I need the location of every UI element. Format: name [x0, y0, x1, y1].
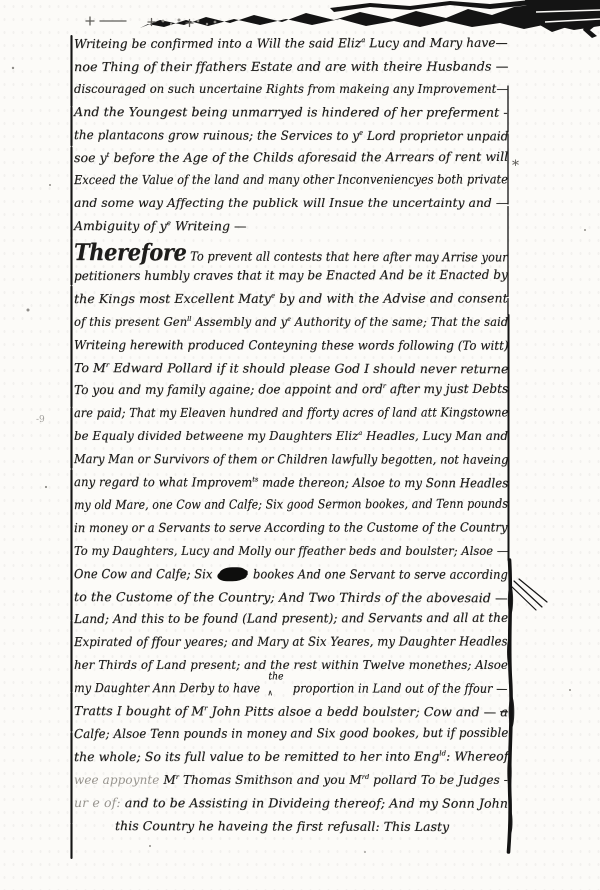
manuscript-line: the Kings most Excellent Matye by and wi… — [74, 290, 508, 306]
manuscript-line: the whole; So its full value to be remit… — [74, 748, 508, 764]
line-text: Mary Man or Survivors of them or Childre… — [74, 451, 508, 467]
line-text: the plantacons grow ruinous; the Service… — [74, 127, 508, 143]
line-text: be Equaly divided betweene my Daughters … — [74, 428, 508, 443]
line-text: One Cow and Calfe; Six — [74, 566, 212, 581]
line-text: Mr Thomas Smithson and you Mrd pollard T… — [163, 772, 507, 787]
manuscript-line: my Daughter Ann Derby to have the∧ propo… — [74, 680, 507, 696]
line-text: Writeing be confirmed into a Will the sa… — [74, 35, 508, 51]
line-text: my old Mare, one Cow and Calfe; Six good… — [74, 496, 508, 512]
line-text: noe Thing of their ffathers Estate and a… — [74, 58, 508, 74]
line-text: Calfe; Alsoe Tenn pounds in money and Si… — [74, 725, 508, 741]
manuscript-line: are paid; That my Eleaven hundred and ff… — [74, 405, 508, 421]
manuscript-line: One Cow and Calfe; Six bookes And one Se… — [74, 566, 508, 582]
manuscript-line: noe Thing of their ffathers Estate and a… — [74, 58, 508, 74]
manuscript-line: ur e of: and to be Assisting in Dividein… — [74, 795, 508, 811]
manuscript-line: any regard to what Improvemts made there… — [74, 474, 508, 490]
line-text: to the Custome of the Country; And Two T… — [74, 589, 508, 605]
manuscript-line: To Mr Edward Pollard if it should please… — [74, 360, 509, 376]
manuscript-line: To my Daughters, Lucy and Molly our ffea… — [74, 543, 508, 558]
manuscript-line: in money or a Servants to serve Accordin… — [74, 519, 507, 535]
line-text: wee appoynte — [74, 772, 160, 787]
line-text: my Daughter Ann Derby to have — [74, 680, 260, 695]
manuscript-line: this Country he haveing the first refusa… — [115, 818, 449, 834]
ink-blot-icon — [219, 567, 247, 580]
line-text: the whole; So its full value to be remit… — [74, 748, 508, 764]
manuscript-line: Land; And this to be found (Land present… — [74, 610, 508, 626]
line-text: Expirated of ffour yeares; and Mary at S… — [74, 634, 508, 650]
manuscript-line: Therefore To prevent all contests that h… — [74, 245, 508, 264]
line-text: discouraged on such uncertaine Rights fr… — [74, 81, 508, 96]
line-text: this Country he haveing the first refusa… — [115, 818, 449, 834]
line-text: are paid; That my Eleaven hundred and ff… — [74, 405, 508, 421]
right-margin-asterisk: * — [512, 158, 519, 174]
line-text: in money or a Servants to serve Accordin… — [74, 519, 507, 535]
manuscript-line: her Thirds of Land present; and the rest… — [74, 657, 508, 672]
left-margin-mark: -9 — [36, 415, 45, 425]
manuscript-line: to the Custome of the Country; And Two T… — [74, 589, 508, 605]
line-text: her Thirds of Land present; and the rest… — [74, 657, 508, 672]
manuscript-line: Exceed the Value of the land and many ot… — [74, 172, 508, 188]
line-text: bookes And one Servant to serve accordin… — [253, 566, 508, 581]
line-text: and to be Assisting in Divideing thereof… — [125, 795, 508, 811]
inserted-word: the — [268, 669, 283, 684]
manuscript-line: Expirated of ffour yeares; and Mary at S… — [74, 634, 508, 650]
line-text: Ambiguity of ye Writeing — — [74, 218, 247, 233]
manuscript-line: Writeing be confirmed into a Will the sa… — [74, 35, 508, 51]
line-text: Writeing herewith produced Conteyning th… — [74, 337, 509, 353]
line-text: a — [500, 704, 508, 719]
manuscript-line: the plantacons grow ruinous; the Service… — [74, 127, 508, 143]
manuscript-line: And the Youngest being unmarryed is hind… — [74, 104, 508, 120]
line-text: any regard to what Improvemts made there… — [74, 474, 508, 490]
manuscript-line: Calfe; Alsoe Tenn pounds in money and Si… — [74, 725, 508, 741]
line-text: ur e of: — [74, 795, 121, 810]
caret-insertion: the∧ — [264, 682, 289, 692]
torn-edge-decoration — [140, 0, 600, 38]
line-text: soe yt before the Age of the Childs afor… — [74, 148, 508, 164]
line-text: the Kings most Excellent Matye by and wi… — [74, 290, 508, 306]
line-text: Tratts I bought of Mr John Pitts alsoe a… — [74, 703, 496, 719]
caret-icon: ∧ — [267, 685, 272, 700]
line-text: Land; And this to be found (Land present… — [74, 610, 508, 626]
line-text: To Mr Edward Pollard if it should please… — [74, 360, 509, 376]
manuscript-line: petitioners humbly craves that it may be… — [74, 267, 508, 283]
line-text: proportion in Land out of the ffour — — [293, 680, 508, 695]
manuscript-line: soe yt before the Age of the Childs afor… — [74, 148, 508, 164]
line-text: petitioners humbly craves that it may be… — [74, 267, 508, 283]
manuscript-line: be Equaly divided betweene my Daughters … — [74, 428, 508, 443]
manuscript-line: and some way Affecting the publick will … — [74, 195, 508, 210]
manuscript-line: Ambiguity of ye Writeing — — [74, 218, 247, 233]
line-text: and some way Affecting the publick will … — [74, 195, 508, 210]
paragraph-initial: Therefore — [74, 239, 187, 266]
line-text: To prevent all contests that here after … — [190, 248, 508, 264]
line-text: To you and my family againe; doe appoint… — [74, 381, 508, 397]
manuscript-line: Mary Man or Survivors of them or Childre… — [74, 451, 508, 467]
line-text: To my Daughters, Lucy and Molly our ffea… — [74, 543, 508, 558]
manuscript-line: Writeing herewith produced Conteyning th… — [74, 337, 509, 353]
manuscript-page: * -9 Writeing be confirmed into a Will t… — [0, 0, 600, 890]
manuscript-line: wee appoynte Mr Thomas Smithson and you … — [74, 772, 508, 787]
line-text: Exceed the Value of the land and many ot… — [74, 172, 508, 188]
manuscript-line: of this present Genll Assembly and ye Au… — [74, 314, 508, 329]
manuscript-line: discouraged on such uncertaine Rights fr… — [74, 81, 508, 96]
hatch-marks — [510, 579, 547, 610]
line-text: of this present Genll Assembly and ye Au… — [74, 314, 508, 329]
manuscript-line: To you and my family againe; doe appoint… — [74, 381, 508, 397]
line-text: And the Youngest being unmarryed is hind… — [74, 104, 508, 120]
manuscript-line: my old Mare, one Cow and Calfe; Six good… — [74, 496, 508, 512]
top-left-pen-marks — [86, 17, 216, 27]
manuscript-line: Tratts I bought of Mr John Pitts alsoe a… — [74, 703, 508, 719]
